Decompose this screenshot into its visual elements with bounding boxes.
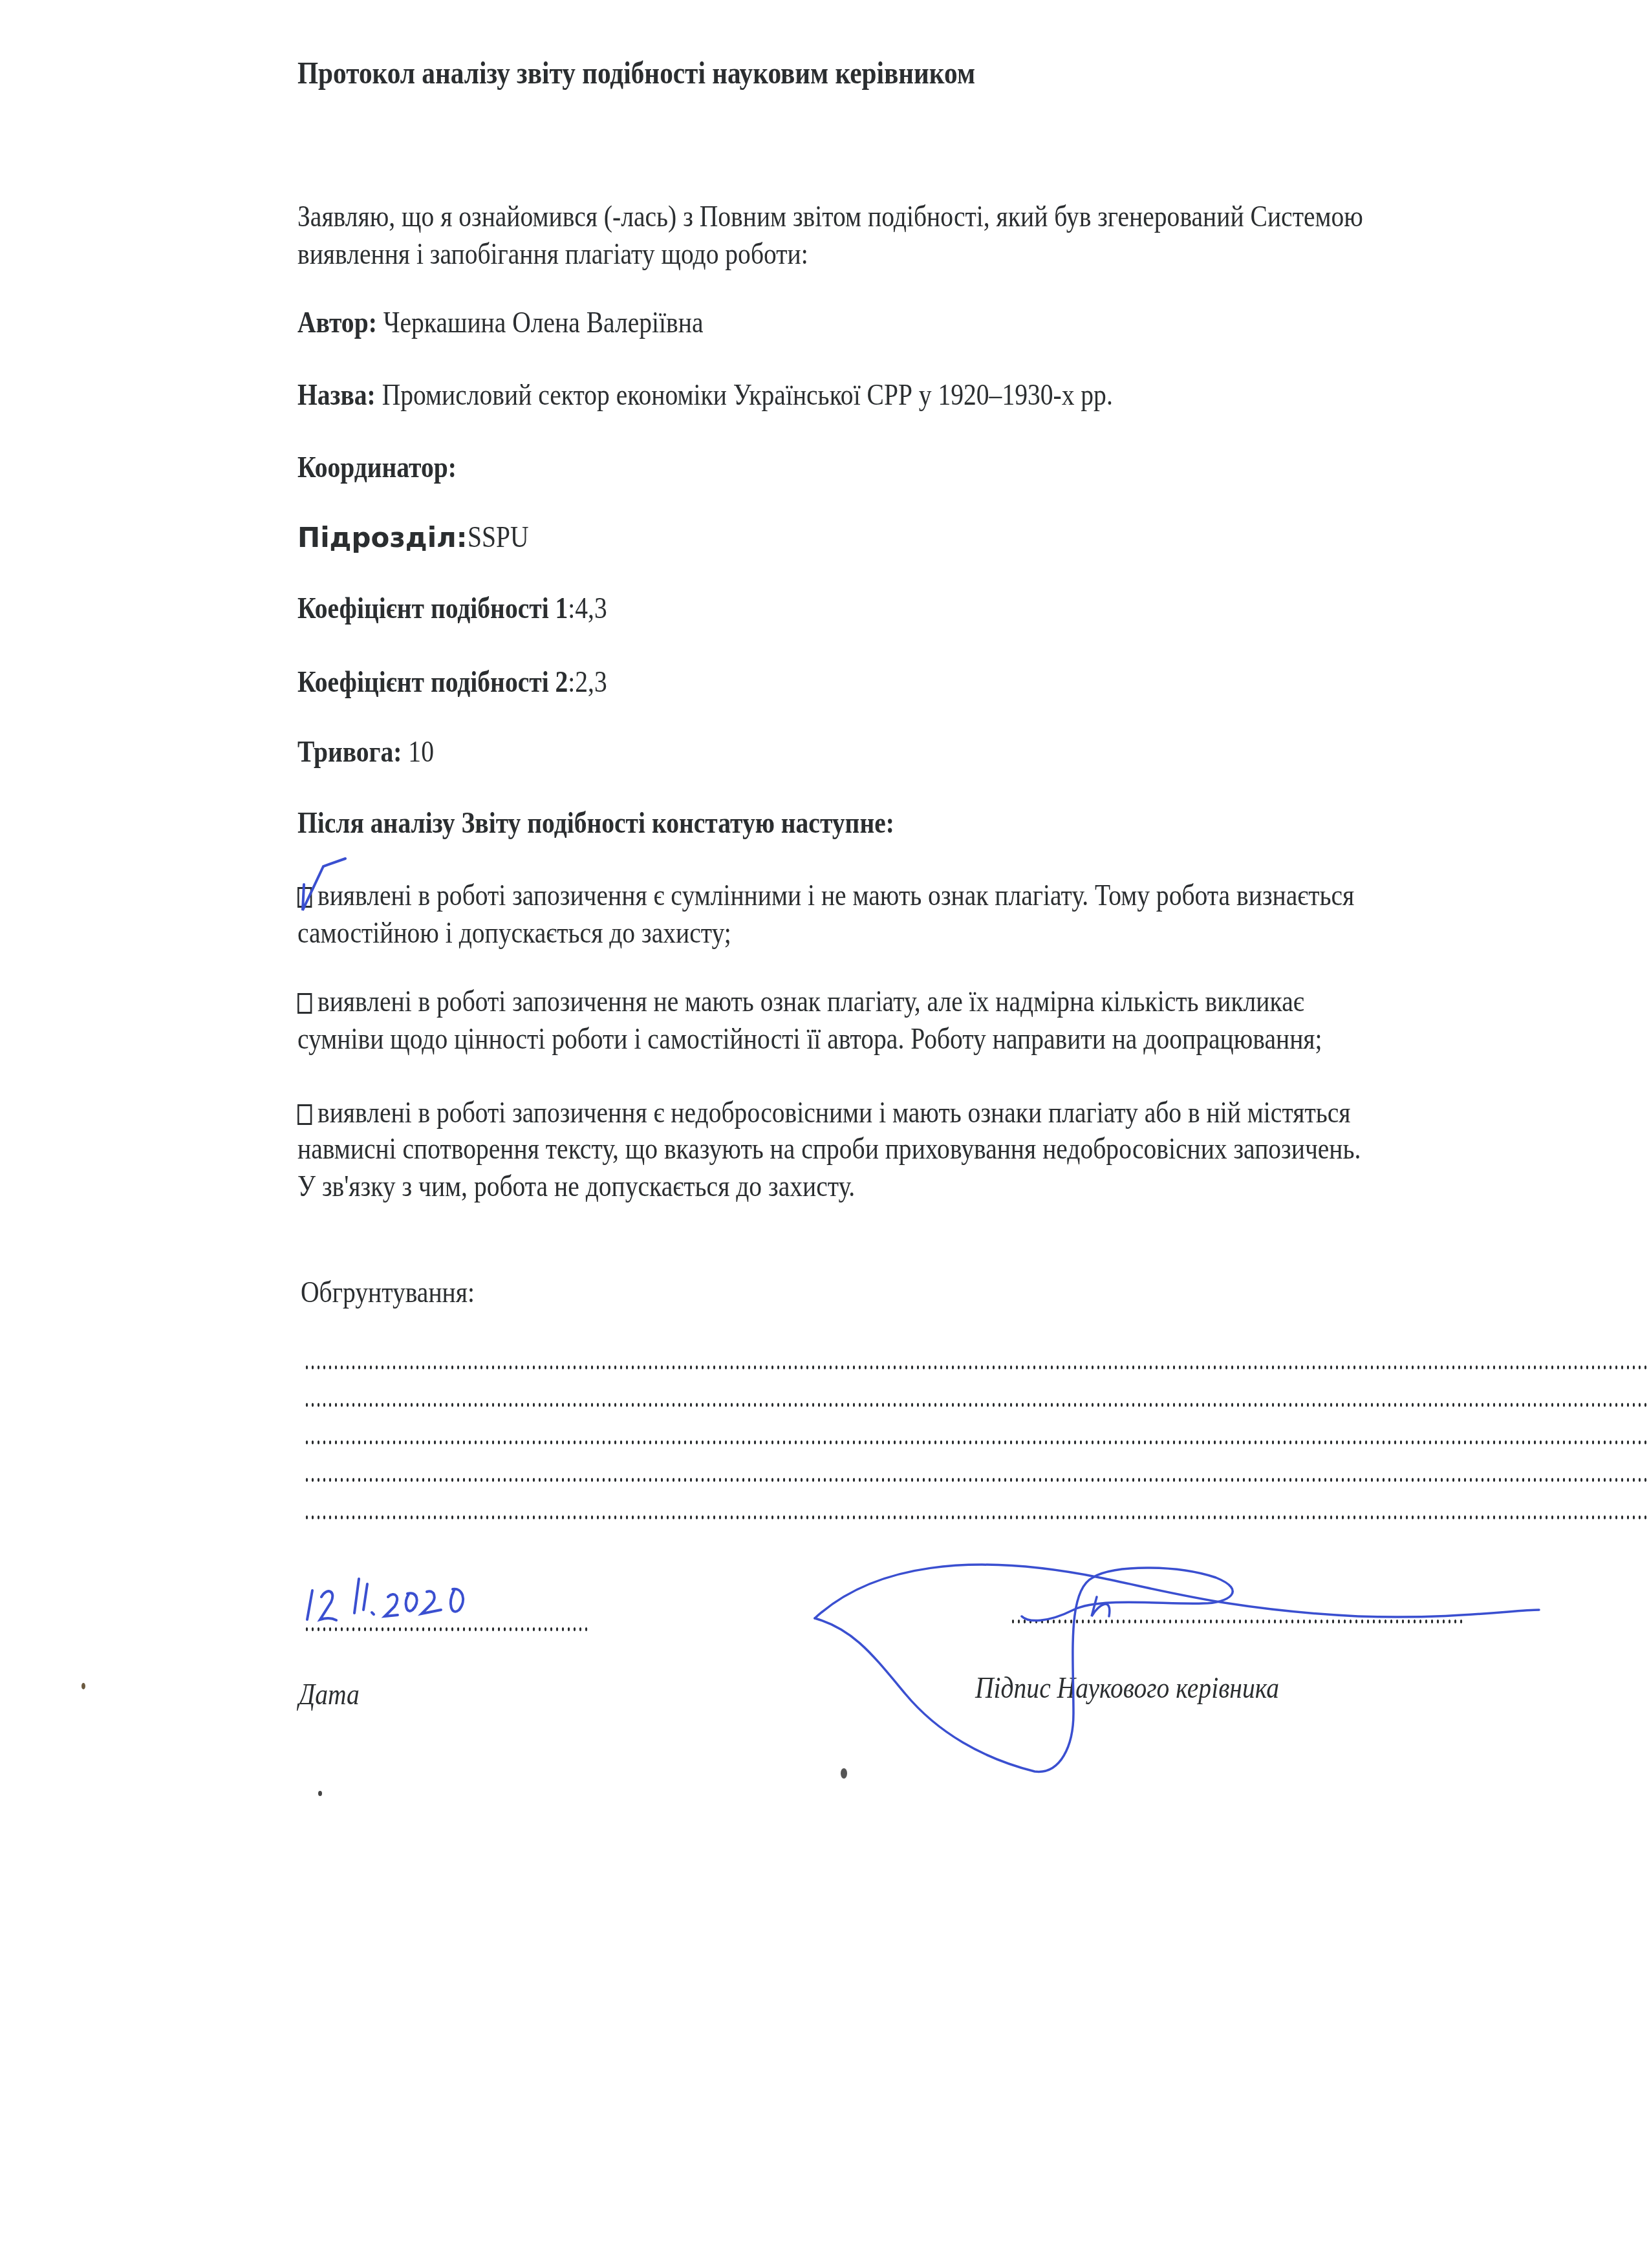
scan-speck [841,1768,847,1779]
handwritten-date [307,1579,463,1620]
signature-label: Підпис Наукового керівника [975,1673,1279,1703]
signature-scribble [815,1565,1539,1771]
option-3-text-1: виявлені в роботі запозичення є недоброс… [318,1096,1351,1129]
field-author: Автор: Черкашина Олена Валеріївна [297,308,703,337]
field-similarity-2-label: Коефіцієнт подібності 2 [297,665,568,698]
justification-line-4[interactable] [304,1478,1649,1482]
date-label: Дата [299,1680,360,1709]
justification-line-1[interactable] [304,1365,1649,1369]
field-coordinator: Координатор: [297,453,457,482]
field-similarity-1-label: Коефіцієнт подібності 1 [297,592,568,625]
field-similarity-2-value: :2,3 [568,665,607,698]
field-name-value: Промисловий сектор економіки Української… [376,378,1113,411]
date-line[interactable] [304,1627,588,1631]
field-similarity-1-value: :4,3 [568,592,607,625]
field-similarity-1: Коефіцієнт подібності 1:4,3 [297,594,607,623]
document-title: Протокол аналізу звіту подібності науков… [297,56,975,91]
field-department: Підрозділ: SSPU [297,522,539,552]
field-name-label: Назва: [297,378,376,411]
field-alarm-label: Тривога: [297,735,402,768]
option-3-line-2: навмисні спотворення тексту, що вказують… [297,1134,1361,1164]
field-department-value: SSPU [468,522,529,552]
option-3-checkbox[interactable] [297,1104,312,1125]
option-1-checkbox[interactable] [297,887,312,908]
justification-line-3[interactable] [304,1440,1649,1444]
option-2-line-2: сумніви щодо цінності роботи і самостійн… [297,1024,1322,1054]
field-name: Назва: Промисловий сектор економіки Укра… [297,380,1113,410]
option-2-text-1: виявлені в роботі запозичення не мають о… [318,985,1304,1018]
field-alarm-value: 10 [402,735,433,768]
justification-line-2[interactable] [304,1403,1649,1407]
field-alarm: Тривога: 10 [297,737,434,767]
option-3-line-1[interactable]: виявлені в роботі запозичення є недоброс… [297,1098,1350,1128]
field-author-value: Черкашина Олена Валеріївна [377,306,704,339]
option-2-checkbox[interactable] [297,993,312,1014]
option-2-line-1[interactable]: виявлені в роботі запозичення не мають о… [297,987,1304,1016]
field-similarity-2: Коефіцієнт подібності 2:2,3 [297,667,607,697]
signature-line[interactable] [1010,1620,1463,1623]
declaration-line-1: Заявляю, що я ознайомився (-лась) з Повн… [297,202,1363,231]
conclusion-heading: Після аналізу Звіту подібності констатую… [297,808,894,838]
scan-speck [318,1791,322,1796]
scan-speck [81,1683,85,1689]
justification-label: Обгрунтування: [301,1278,475,1307]
option-1-text-1: виявлені в роботі запозичення є сумлінни… [318,879,1354,912]
justification-line-5[interactable] [304,1515,1649,1519]
option-1-line-2: самостійною і допускається до захисту; [297,918,731,948]
field-department-label: Підрозділ: [297,522,468,553]
field-coordinator-label: Координатор: [297,451,457,484]
field-author-label: Автор: [297,306,377,339]
declaration-line-2: виявлення і запобігання плагіату щодо ро… [297,239,808,269]
option-3-line-3: У зв'язку з чим, робота не допускається … [297,1171,855,1201]
option-1-line-1[interactable]: виявлені в роботі запозичення є сумлінни… [297,881,1354,910]
